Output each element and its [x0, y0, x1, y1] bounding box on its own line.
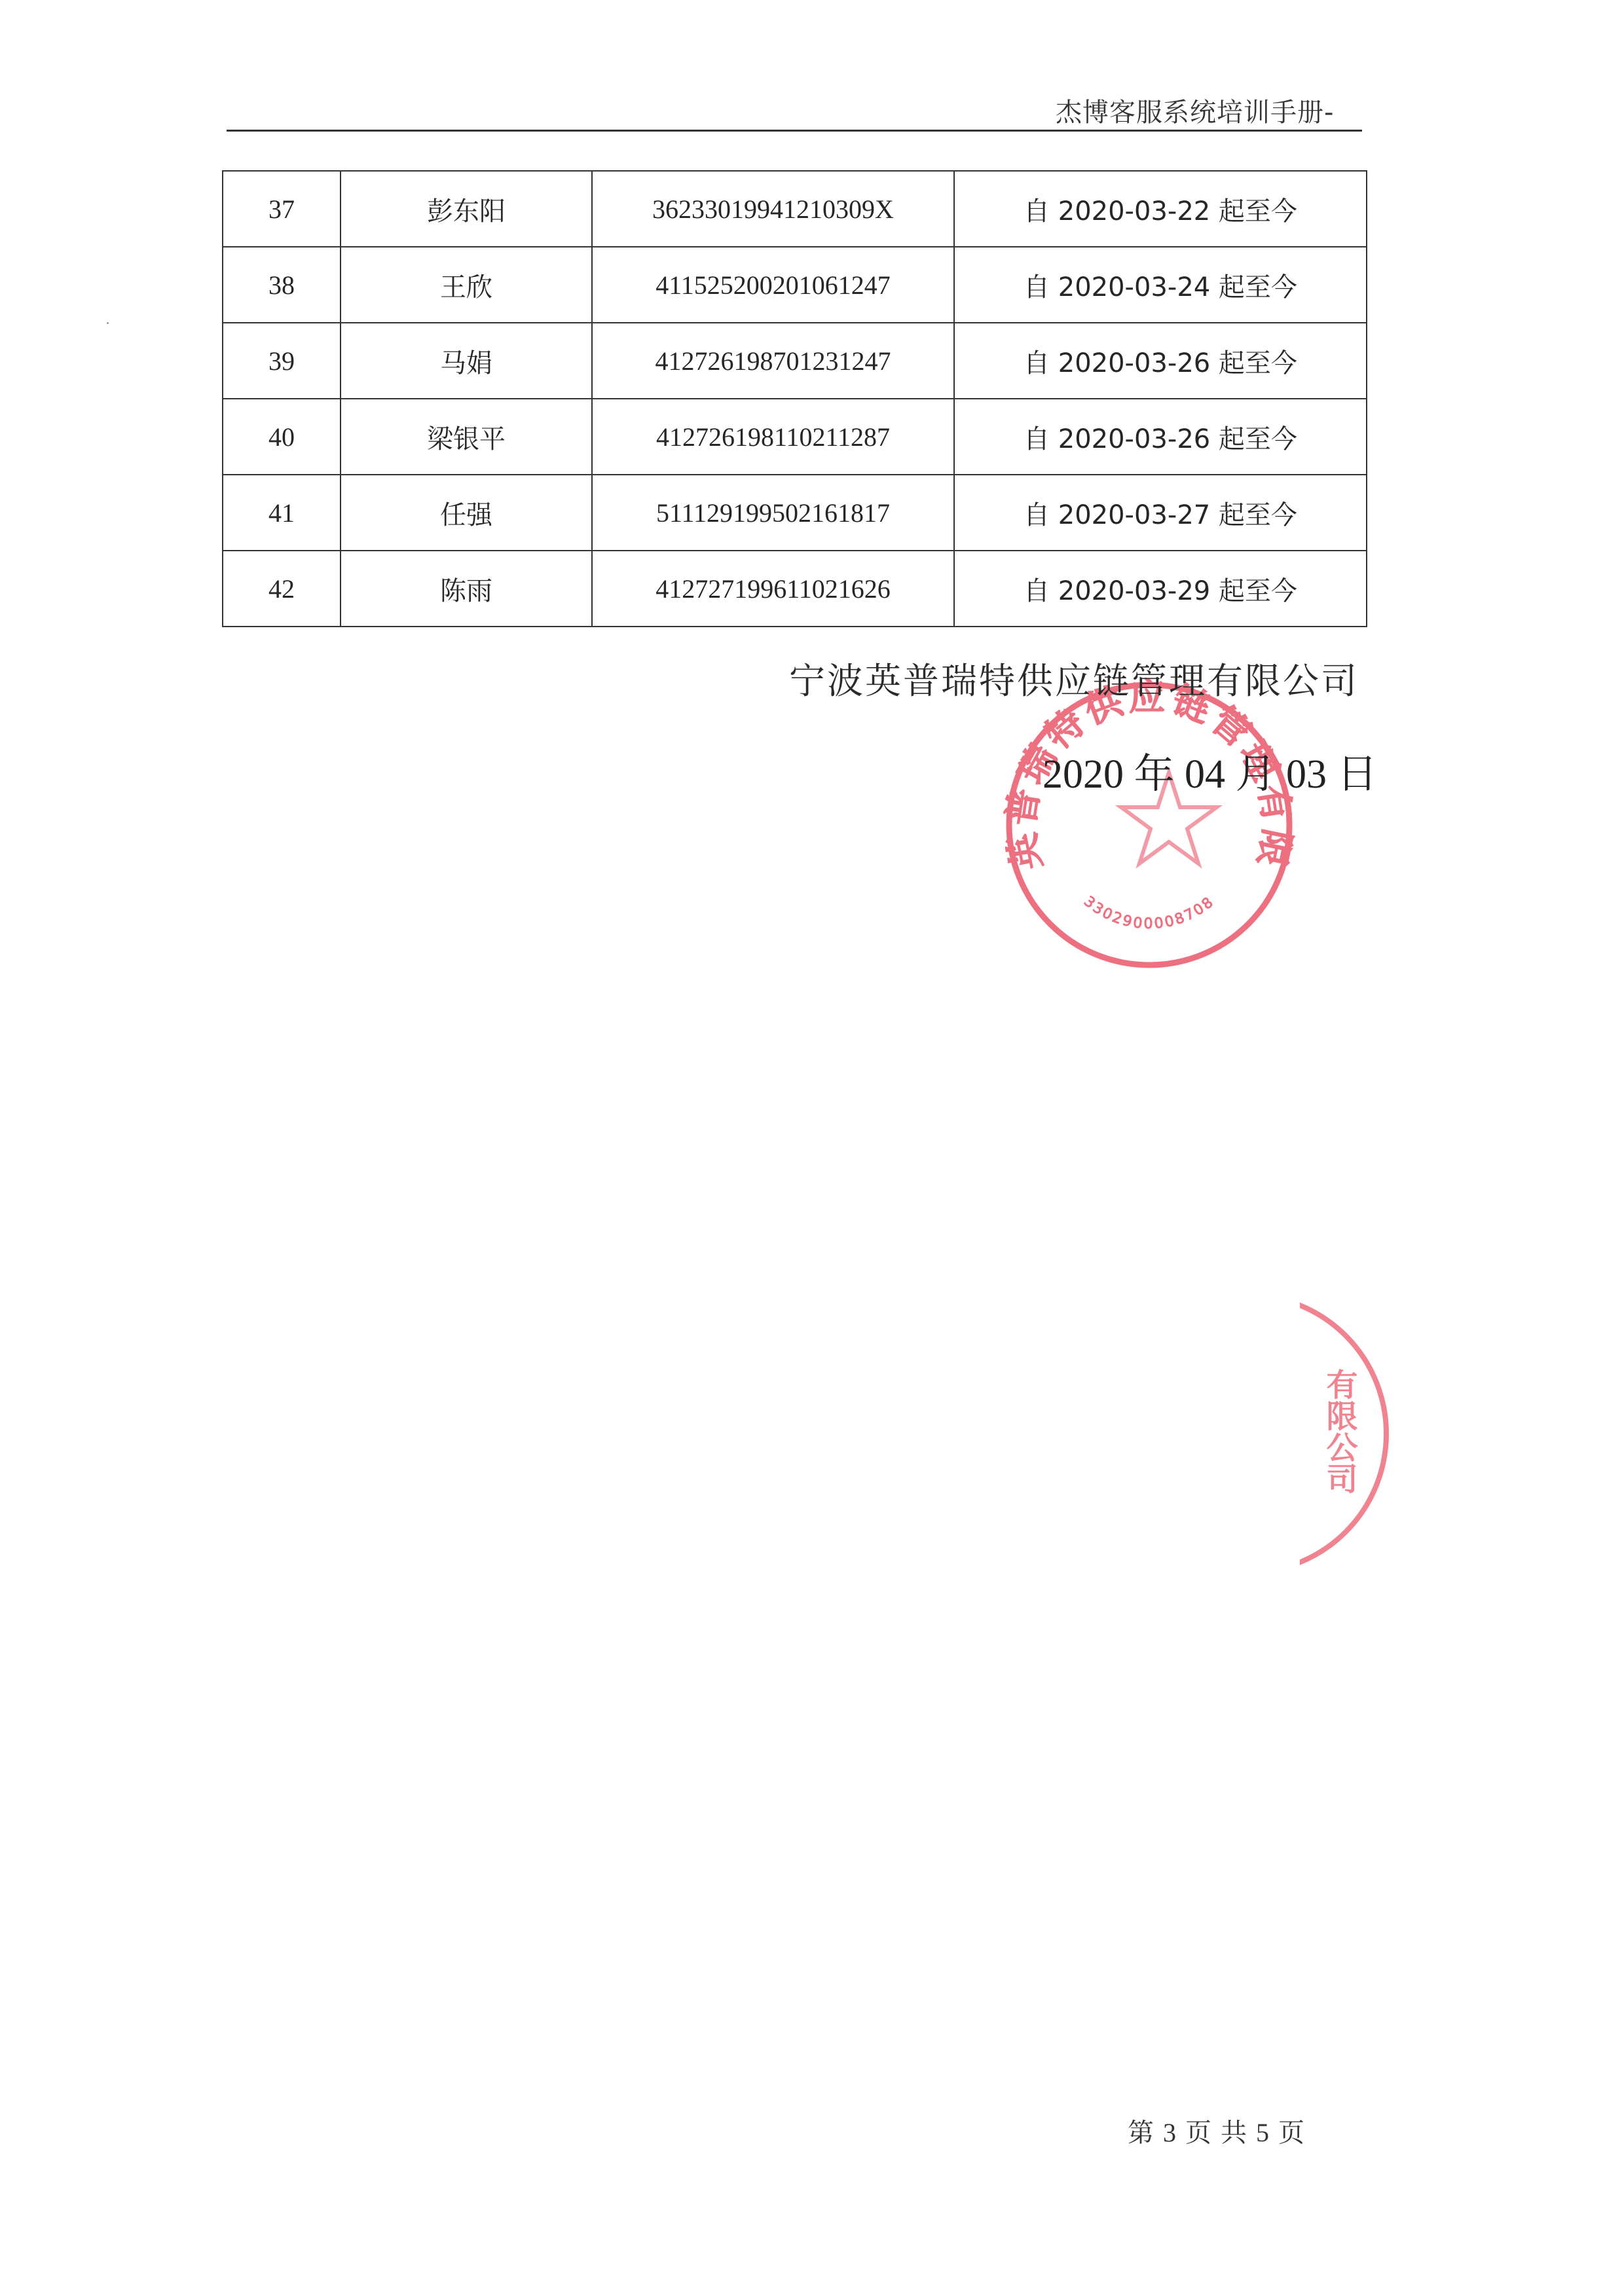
- company-seal-stamp: 宁波英普瑞特供应链管理有限公司 3302900008708: [999, 674, 1300, 975]
- seam-seal-clip: 有限公司: [1300, 1290, 1392, 1578]
- row-number: 41: [223, 475, 341, 551]
- id-number: 411525200201061247: [592, 247, 954, 323]
- signature-date: 2020 年 04 月 03 日: [1043, 741, 1378, 799]
- signatory-company: 宁波英普瑞特供应链管理有限公司: [789, 652, 1359, 704]
- row-number: 42: [223, 551, 341, 627]
- row-number: 40: [223, 399, 341, 475]
- employment-period: 自 2020-03-26 起至今: [954, 399, 1367, 475]
- table-row: 41 任强 511129199502161817 自 2020-03-27 起至…: [223, 475, 1367, 551]
- row-number: 37: [223, 171, 341, 247]
- employee-name: 梁银平: [341, 399, 592, 475]
- svg-text:3302900008708: 3302900008708: [1080, 893, 1218, 932]
- scan-speck: [107, 322, 109, 324]
- running-header-title: 杰博客服系统培训手册-: [1056, 92, 1334, 129]
- employment-period: 自 2020-03-27 起至今: [954, 475, 1367, 551]
- employee-name: 马娟: [341, 323, 592, 399]
- table-row: 37 彭东阳 36233019941210309X 自 2020-03-22 起…: [223, 171, 1367, 247]
- seal-number: 3302900008708: [1080, 893, 1218, 932]
- seam-seal-stamp: 有限公司: [1300, 1290, 1392, 1578]
- employee-name: 王欣: [341, 247, 592, 323]
- row-number: 38: [223, 247, 341, 323]
- seam-seal-text: 有限公司: [1321, 1368, 1357, 1494]
- employment-period: 自 2020-03-29 起至今: [954, 551, 1367, 627]
- id-number: 36233019941210309X: [592, 171, 954, 247]
- table-row: 42 陈雨 412727199611021626 自 2020-03-29 起至…: [223, 551, 1367, 627]
- page-number: 第 3 页 共 5 页: [1128, 2112, 1304, 2149]
- header-rule: [227, 130, 1362, 132]
- employee-name: 任强: [341, 475, 592, 551]
- table-row: 40 梁银平 412726198110211287 自 2020-03-26 起…: [223, 399, 1367, 475]
- employee-table: 37 彭东阳 36233019941210309X 自 2020-03-22 起…: [222, 170, 1367, 627]
- row-number: 39: [223, 323, 341, 399]
- table-row: 39 马娟 412726198701231247 自 2020-03-26 起至…: [223, 323, 1367, 399]
- id-number: 412727199611021626: [592, 551, 954, 627]
- employment-period: 自 2020-03-22 起至今: [954, 171, 1367, 247]
- id-number: 412726198110211287: [592, 399, 954, 475]
- id-number: 412726198701231247: [592, 323, 954, 399]
- employment-period: 自 2020-03-26 起至今: [954, 323, 1367, 399]
- employment-period: 自 2020-03-24 起至今: [954, 247, 1367, 323]
- id-number: 511129199502161817: [592, 475, 954, 551]
- employee-name: 彭东阳: [341, 171, 592, 247]
- table-row: 38 王欣 411525200201061247 自 2020-03-24 起至…: [223, 247, 1367, 323]
- employee-name: 陈雨: [341, 551, 592, 627]
